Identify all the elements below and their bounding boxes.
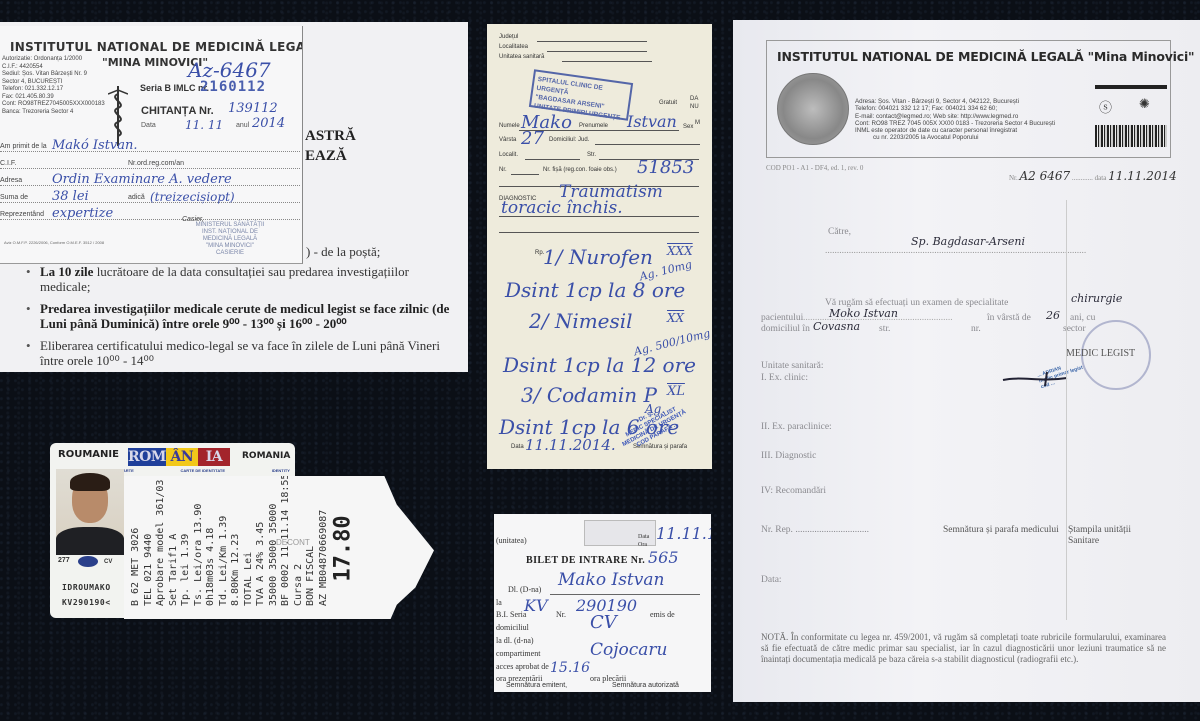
mrz-line: KV290190< (62, 598, 111, 607)
field-label: Localitatea (499, 44, 528, 50)
id-series: KV (524, 596, 548, 615)
taxi-receipt-line: Set Tarif1 A (168, 534, 179, 606)
fold-line (1066, 200, 1067, 620)
country-label: ROUMANIE (58, 449, 119, 460)
receipt-row: Am primit de laMakó Istvan. (0, 139, 300, 152)
heading-fragment: ASTRĂ (305, 128, 356, 145)
prescription-date: 11.11.2014. (525, 436, 616, 454)
catre-value: Sp. Bagdasar-Arseni (911, 235, 1025, 248)
chitanta-number: 139112 (228, 101, 278, 116)
gratuit-label: Gratuit (659, 100, 677, 106)
field-label: Numele (499, 123, 520, 129)
ticket-title: BILET DE INTRARE Nr. (526, 555, 645, 566)
taxi-receipt-line: 8.80Km 12.23 (230, 534, 241, 606)
srac-logo-icon: ⓢ (1099, 97, 1112, 116)
flag-banner: ROM ÂN IA (128, 448, 230, 466)
country-label: ROMANIA (242, 451, 290, 461)
prescription-document: Județul Localitatea Unitatea sanitară SP… (487, 24, 712, 469)
date-label: Data: (761, 575, 782, 585)
year-label: anul (236, 122, 249, 129)
field-label: Unitatea sanitară (499, 54, 544, 60)
catre-label: Către, (828, 227, 851, 237)
info-item: Eliberarea certificatului medico-legal s… (26, 338, 456, 368)
arrival-time: 15.16 (550, 660, 590, 676)
stamp-label: Ștampila unității Sanitare (1068, 525, 1158, 547)
receipt-row: Suma de38 leiadică(treizecișiopt) (0, 190, 300, 203)
mrz-line: IDROUMAKO (62, 583, 111, 592)
year-value: 2014 (252, 116, 285, 131)
rx-dose: Dsint 1cp la 8 ore (505, 279, 685, 301)
taxi-receipt-line: 0h18m03s 4.18 (205, 528, 216, 606)
cashier-stamp: MINISTERUL SĂNĂTĂȚII INST. NAȚIONAL DE M… (190, 222, 270, 257)
date-label: Data (141, 122, 156, 129)
section-label: I. Ex. clinic: (761, 373, 808, 383)
medic-label: MEDIC LEGIST (1066, 348, 1135, 359)
section-label: III. Diagnostic (761, 451, 816, 461)
specialty-value: chirurgie (1071, 292, 1122, 305)
taxi-receipt-line: Td. Lei/Km 1.39 (218, 516, 229, 606)
approver-value: Cojocaru (590, 640, 667, 660)
patient-value: Moko Istvan (829, 307, 898, 320)
referral-number: Nr. A2 6467 ............ data 11.11.2014 (1009, 169, 1177, 183)
nota-text: NOTĂ. În conformitate cu legea nr. 459/2… (761, 632, 1166, 665)
patient-firstname: Istvan (627, 112, 677, 131)
section-label: II. Ex. paraclinice: (761, 422, 832, 432)
id-photo (56, 469, 124, 555)
barcode-icon (1095, 125, 1167, 147)
taxi-receipt-line: Cursa 2 (293, 564, 304, 606)
receipt-row: AdresaOrdin Examinare A. vedere (0, 173, 300, 186)
series-label: Seria B IMLC nr. (140, 83, 209, 93)
decont-stamp: DECONT (276, 538, 310, 547)
taxi-receipt-line: TOTAL Lei (243, 552, 254, 606)
patient-age: 27 (521, 128, 544, 149)
age-value: 26 (1046, 309, 1060, 322)
taxi-receipt-line: Aprobare model 361/03 (155, 480, 166, 606)
receipt-footer: Aviz O.M.F.P. 2226/2006, Conform O.M.E.F… (4, 240, 104, 245)
section-label: IV: Recomandări (761, 486, 826, 496)
domicile-label: domiciliul în (761, 324, 810, 334)
institution-title: INSTITUTUL NATIONAL DE MEDICINĂ LEGALĂ (10, 40, 303, 54)
taxi-receipt-line: BON FISCAL (305, 546, 316, 606)
rx-dose: Dsint 1cp la 12 ore (503, 354, 696, 376)
certification-logos: ⓢ ✺ (1095, 85, 1167, 147)
form-code: COD PO1 - A1 - DF4, ed. 1, rev. 0 (766, 164, 863, 172)
taxi-receipt-line: Ts. Lei/ora 13.90 (193, 504, 204, 606)
taxi-receipt-line: TVA A 24% 3.45 (255, 522, 266, 606)
taxi-receipt-line: 35000 35000 35000 (268, 504, 279, 606)
taxi-receipt: B 62 MET 3026TEL 021 9440Aprobare model … (124, 476, 434, 619)
taxi-receipt-line: B 62 MET 3026 (130, 528, 141, 606)
info-item: Predarea investigațiilor medicale cerute… (26, 301, 456, 331)
rx-line: 3/ Codamin P (521, 384, 657, 406)
info-list: La 10 zile lucrătoare de la data consult… (26, 264, 456, 372)
visitor-name: Mako Istvan (558, 570, 664, 590)
domicile-value: Covasna (813, 320, 860, 333)
receipt-fields: Am primit de laMakó Istvan. C.I.F.Nr.ord… (0, 139, 300, 224)
street-label: str. (879, 324, 890, 334)
file-number: 51853 (637, 157, 694, 178)
series-number: 2160112 (200, 79, 266, 95)
taxi-receipt-line: Tp. lei 1.39 (180, 534, 191, 606)
heading-fragment: EAZĂ (305, 148, 347, 165)
number-label: nr. (971, 324, 981, 334)
institution-seal-icon (777, 73, 849, 145)
receipt-row: Reprezentândexpertize (0, 207, 300, 220)
receipt-chitanta: INSTITUTUL NATIONAL DE MEDICINĂ LEGALĂ "… (0, 26, 303, 264)
taxi-total: 17.80 (331, 515, 356, 581)
chitanta-label: CHITANȚA Nr. (141, 105, 214, 117)
rx-line: 2/ Nimesil (529, 310, 633, 332)
entry-ticket: (unitatea) Data Ora 11.11.14 BILET DE IN… (494, 514, 711, 692)
emblem-icon (78, 556, 98, 567)
nr-rep-label: Nr. Rep. ............................... (761, 525, 869, 535)
institution-meta: Autorizatie: Ordonanța 1/2000 C.I.F.: 44… (2, 56, 112, 116)
date-value: 11. 11 (185, 118, 223, 132)
patient-label: pacientului (761, 313, 803, 323)
iqnet-logo-icon: ✺ (1139, 97, 1150, 112)
rx-line: 1/ Nurofen (543, 246, 653, 268)
header-title: INSTITUTUL NATIONAL DE MEDICINĂ LEGALĂ "… (777, 49, 1194, 64)
domicile-value: CV (590, 612, 617, 633)
age-label: în vârstă de (987, 313, 1031, 323)
caduceus-icon (108, 86, 128, 146)
card-type-strip: CARTECARTE DE IDENTITATEIDENTITY (120, 468, 290, 473)
section-label: Unitate sanitară: (761, 361, 824, 371)
signature-label: Semnătura și parafa medicului (943, 525, 1063, 536)
info-item: La 10 zile lucrătoare de la data consult… (26, 264, 456, 294)
field-label: Județul (499, 34, 518, 40)
signature-icon (1001, 368, 1071, 388)
diagnostic-value: toracic închis. (501, 198, 623, 218)
institution-address: Adresa: Șos. Vitan - Bârzești 9, Sector … (855, 98, 1055, 142)
taxi-receipt-line: TEL 021 9440 (143, 534, 154, 606)
referral-form: INSTITUTUL NATIONAL DE MEDICINĂ LEGALĂ "… (733, 20, 1200, 702)
field-label: Prenumele (579, 123, 608, 129)
age-suffix: ani, cu (1070, 313, 1095, 323)
taxi-receipt-line: AZ MB04870669087 (318, 510, 329, 606)
ticket-date: 11.11.14 (656, 524, 711, 543)
posta-text: ) - de la poștă; (306, 244, 380, 260)
ticket-number: 565 (648, 548, 679, 567)
referral-header: INSTITUTUL NATIONAL DE MEDICINĂ LEGALĂ "… (766, 40, 1171, 158)
receipt-row: C.I.F.Nr.ord.reg.com/an (0, 156, 300, 169)
